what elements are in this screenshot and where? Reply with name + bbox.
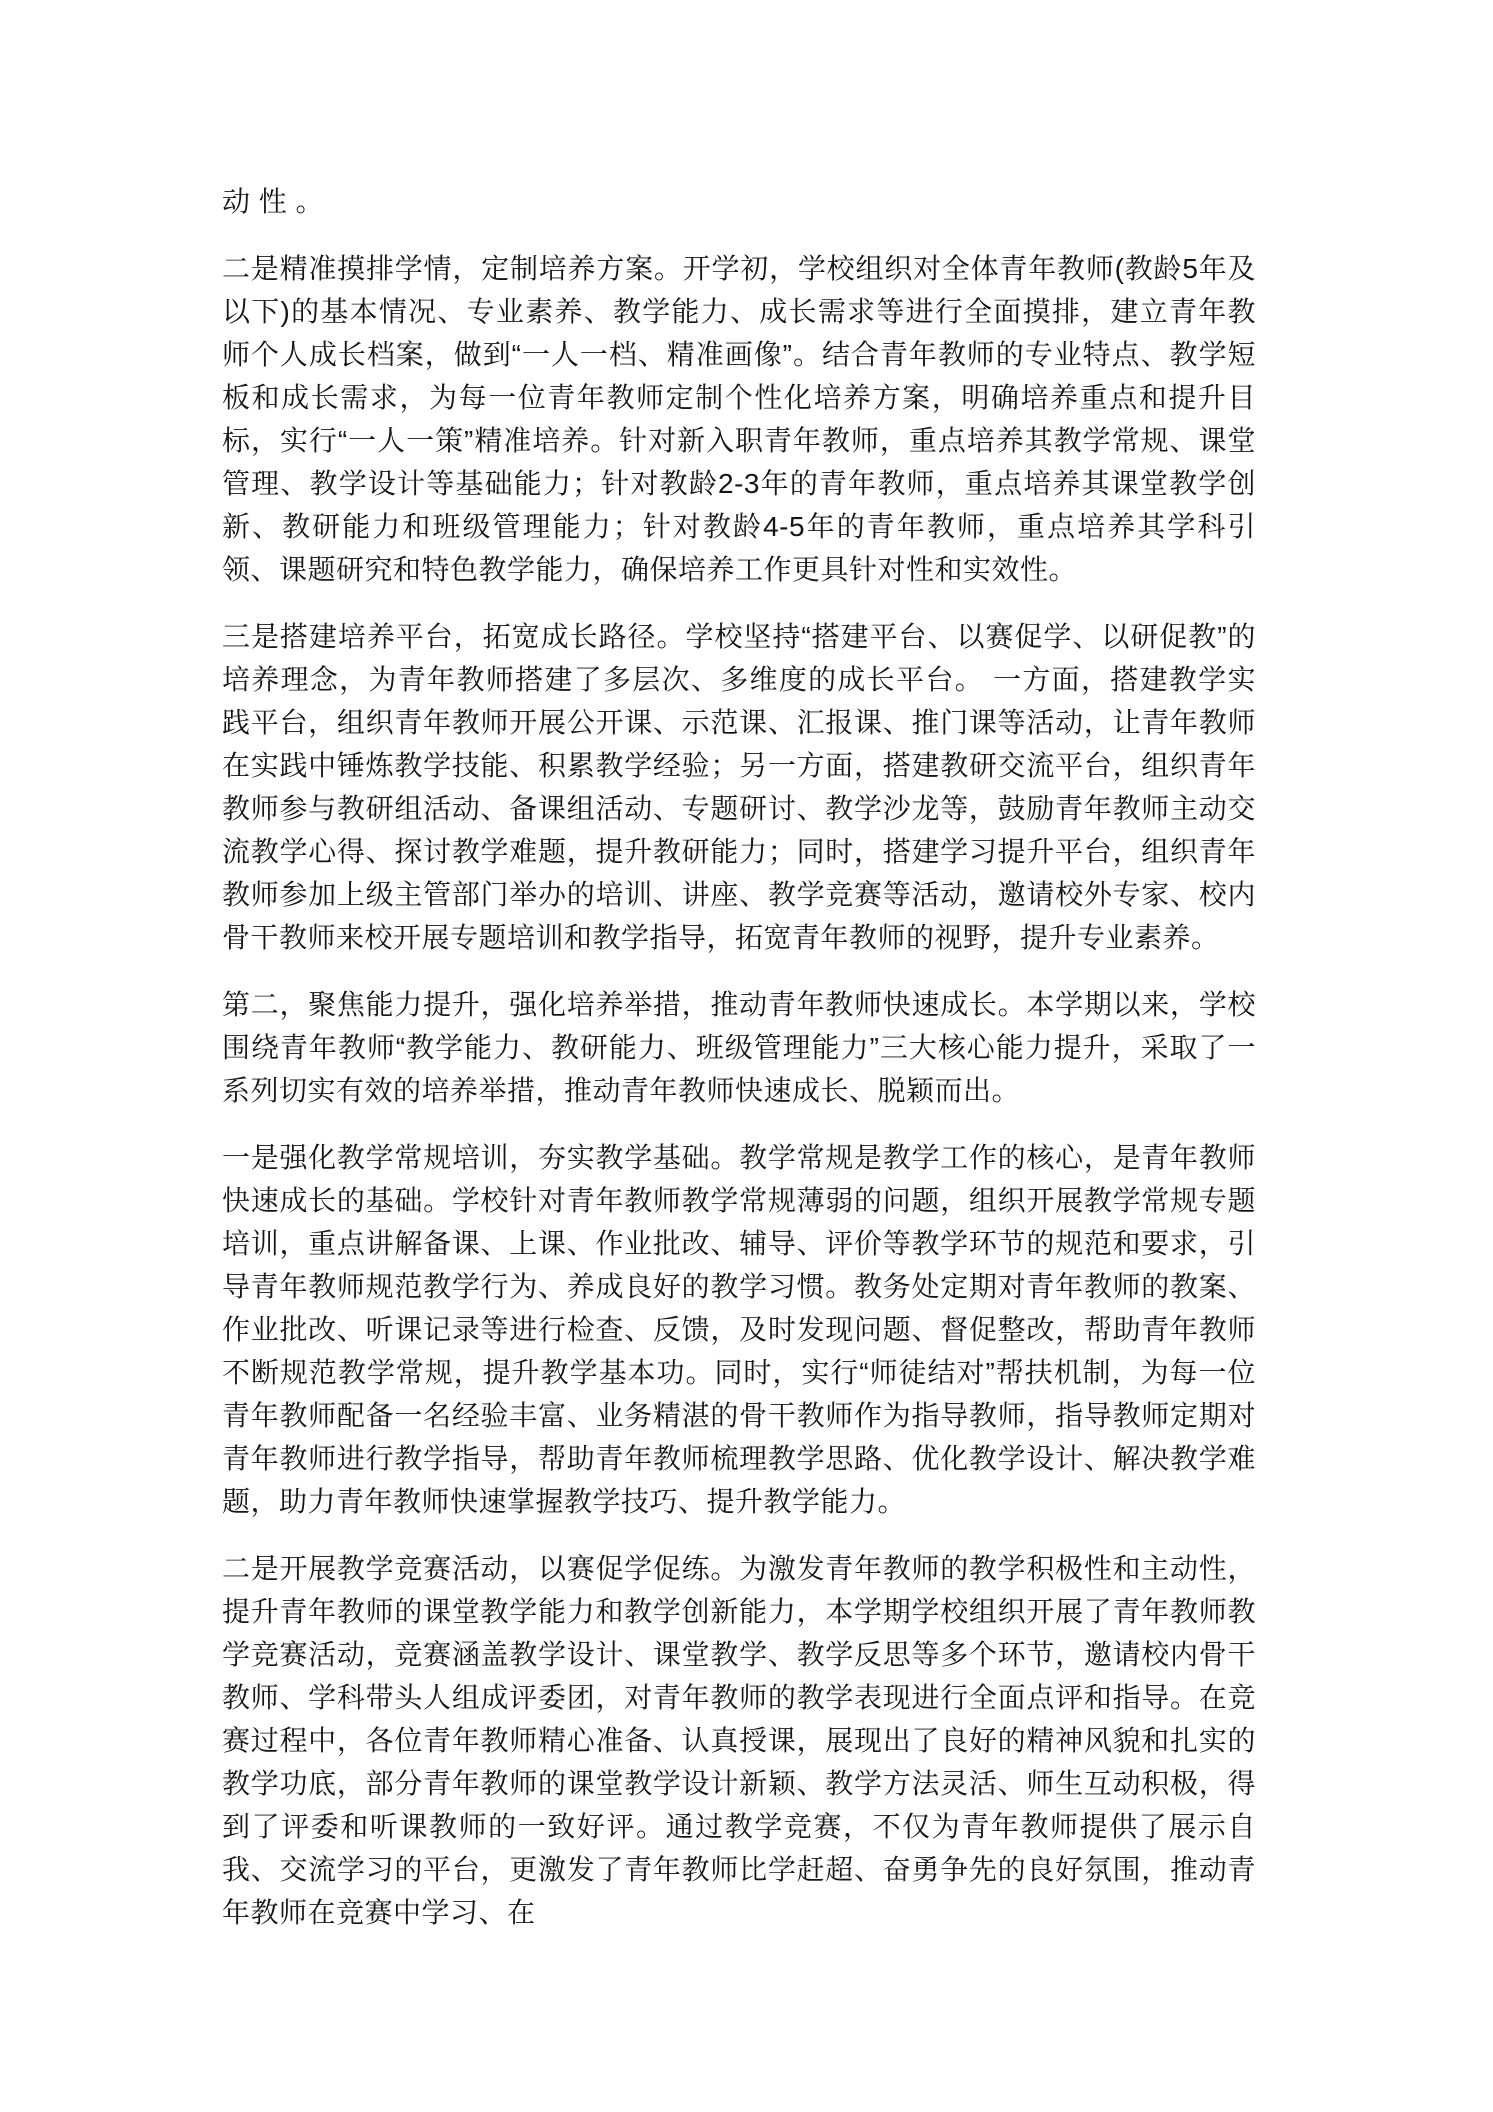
- paragraph: 动 性 。: [222, 180, 1256, 223]
- paragraph: 第二，聚焦能力提升，强化培养举措，推动青年教师快速成长。本学期以来，学校围绕青年…: [222, 983, 1256, 1112]
- document-body: 动 性 。二是精准摸排学情，定制培养方案。开学初，学校组织对全体青年教师(教龄5…: [222, 180, 1256, 1934]
- paragraph: 二是开展教学竞赛活动，以赛促学促练。为激发青年教师的教学积极性和主动性，提升青年…: [222, 1547, 1256, 1934]
- paragraph: 三是搭建培养平台，拓宽成长路径。学校坚持“搭建平台、以赛促学、以研促教”的培养理…: [222, 615, 1256, 959]
- paragraph: 一是强化教学常规培训，夯实教学基础。教学常规是教学工作的核心，是青年教师快速成长…: [222, 1136, 1256, 1523]
- document-page: 动 性 。二是精准摸排学情，定制培养方案。开学初，学校组织对全体青年教师(教龄5…: [0, 0, 1493, 2112]
- paragraph: 二是精准摸排学情，定制培养方案。开学初，学校组织对全体青年教师(教龄5年及以下)…: [222, 247, 1256, 591]
